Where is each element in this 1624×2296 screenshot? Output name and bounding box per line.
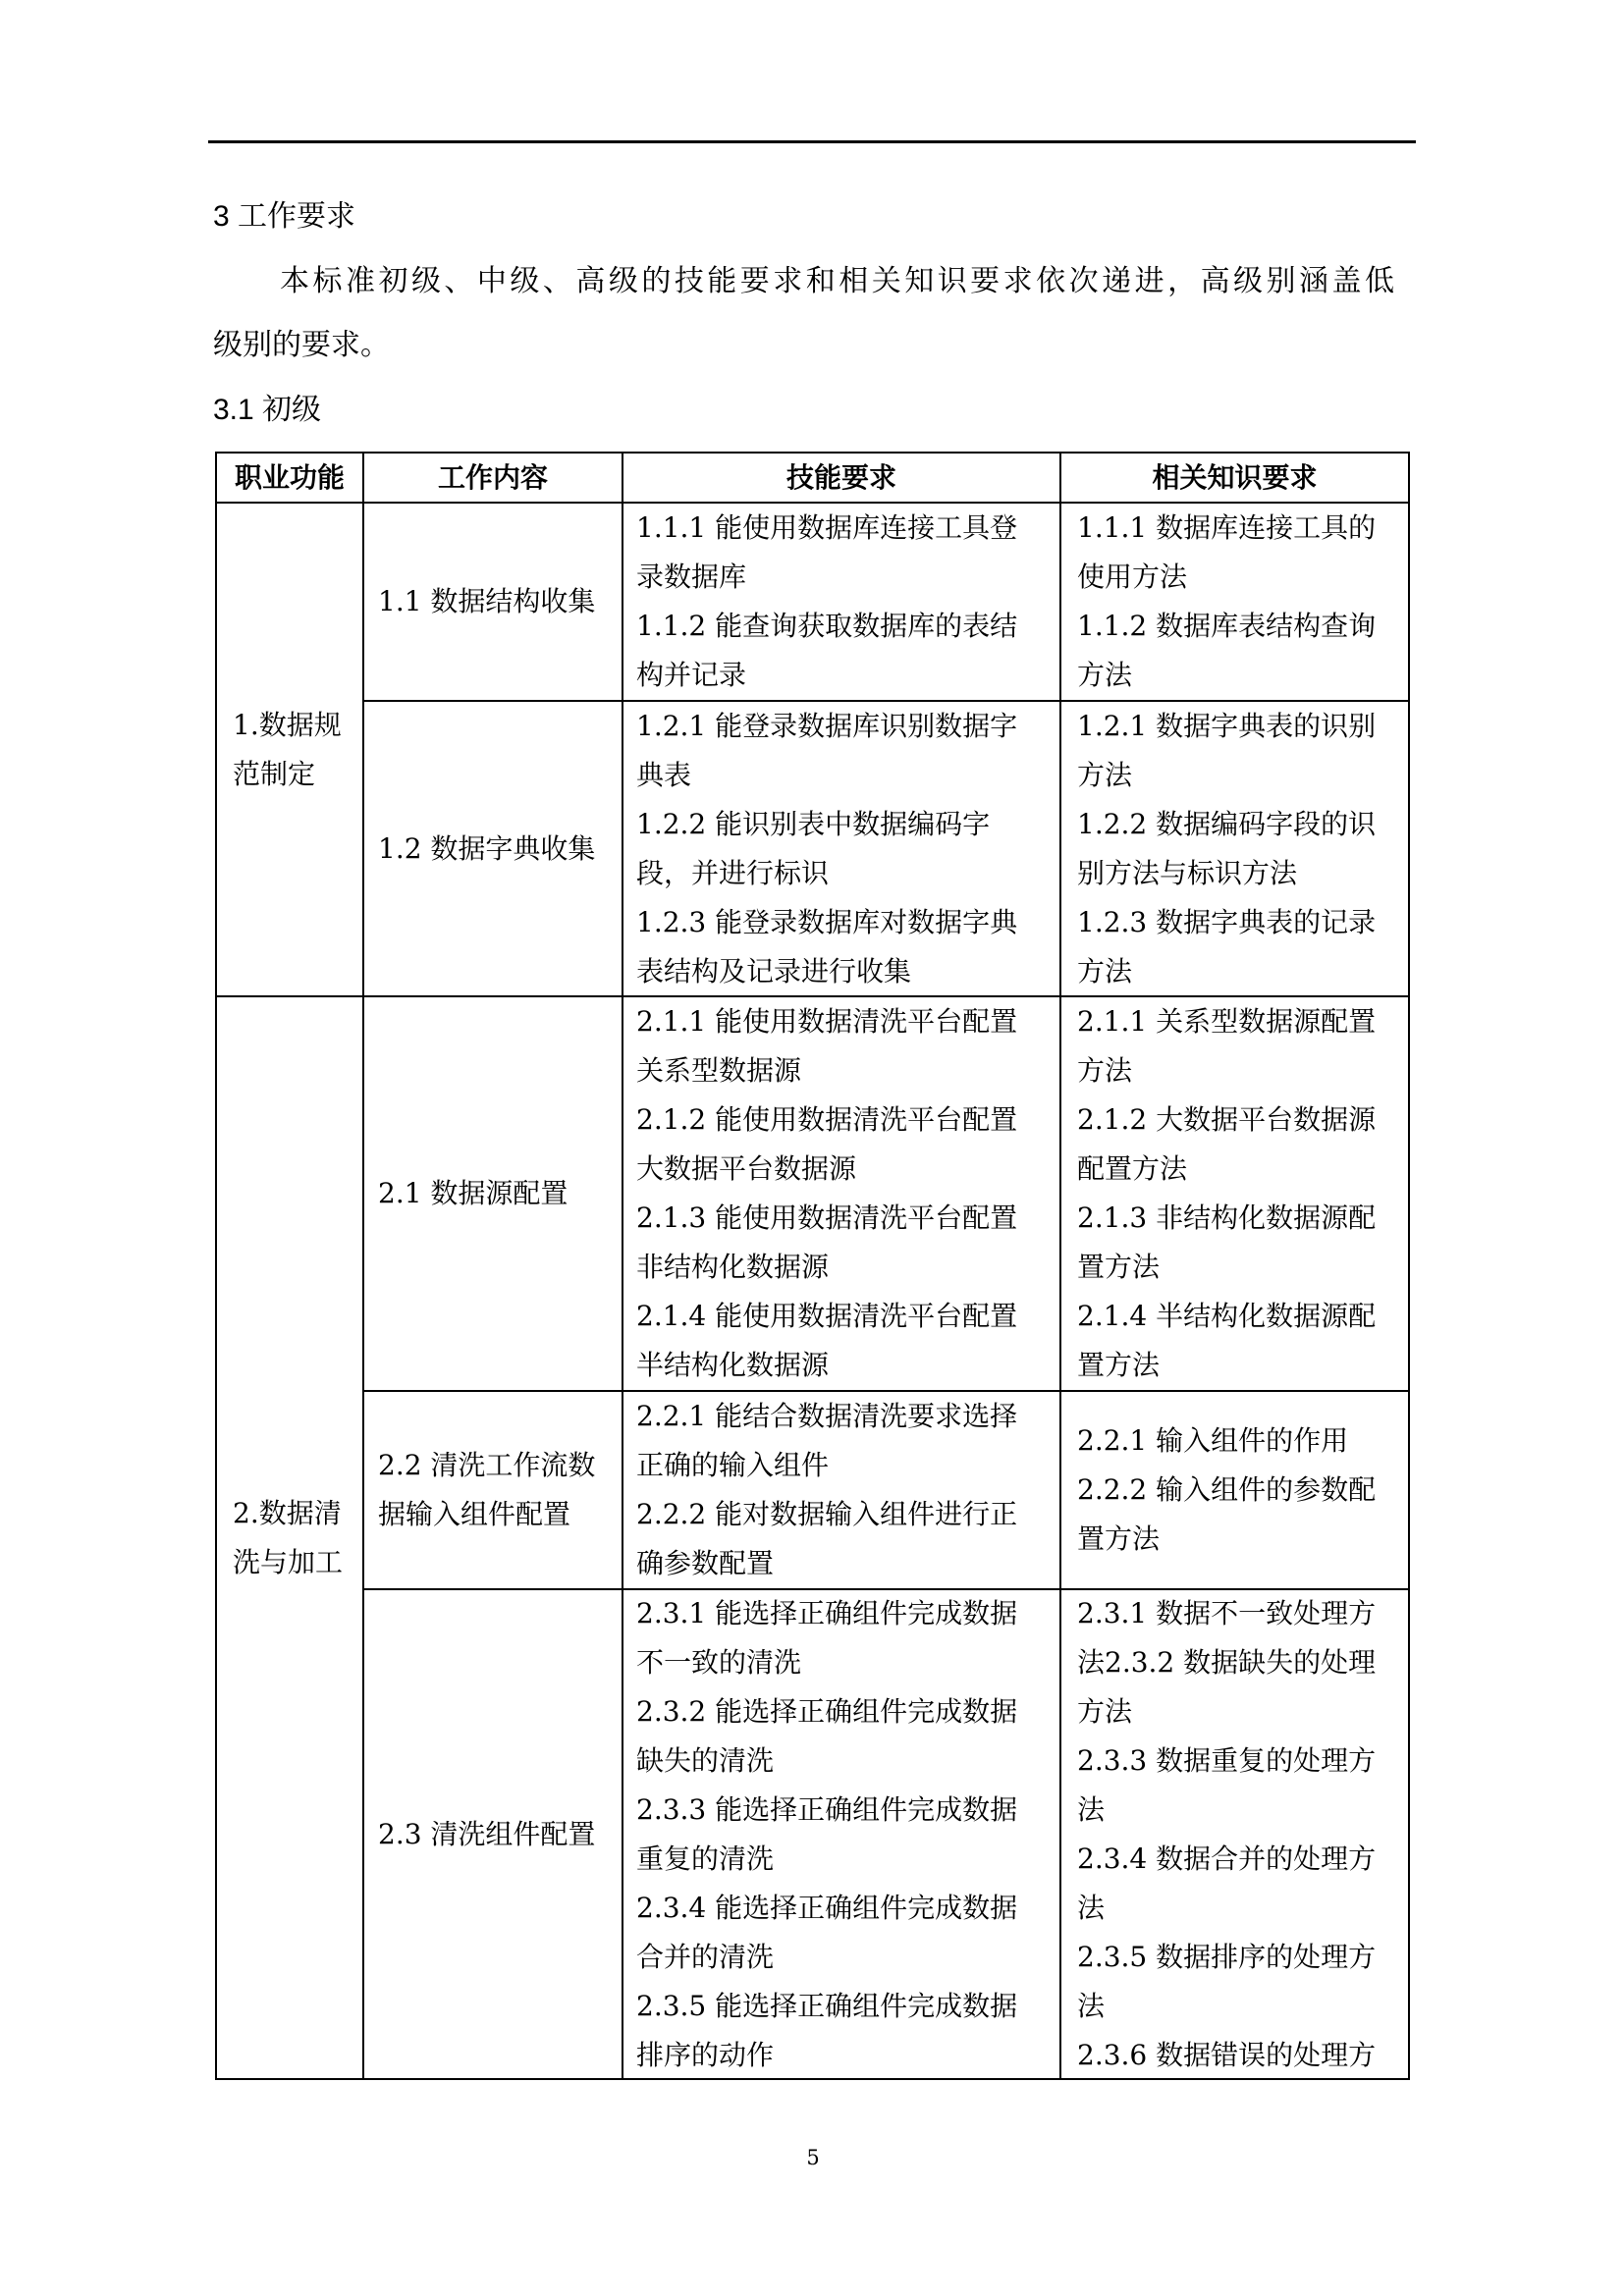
cell-line: 2.1.4 半结构化数据源配 xyxy=(1077,1292,1408,1341)
cell-line: 配置方法 xyxy=(1077,1145,1408,1194)
cell-line: 构并记录 xyxy=(636,651,1059,700)
cell-line: 2.3 清洗组件配置 xyxy=(378,1810,622,1859)
knowledge-cell: 2.2.1 输入组件的作用 2.2.2 输入组件的参数配 置方法 xyxy=(1059,1390,1410,1590)
cell-line: 使用方法 xyxy=(1077,553,1408,602)
cell-line: 1.2.3 数据字典表的记录 xyxy=(1077,898,1408,947)
cell-line: 段，并进行标识 xyxy=(636,849,1059,898)
cell-line: 1.1.1 能使用数据库连接工具登 xyxy=(636,504,1059,553)
skills-cell: 2.2.1 能结合数据清洗要求选择 正确的输入组件 2.2.2 能对数据输入组件… xyxy=(622,1390,1061,1590)
cell-line: 2.3.4 能选择正确组件完成数据 xyxy=(636,1884,1059,1933)
cell-line: 确参数配置 xyxy=(636,1539,1059,1588)
cell-line: 2.1.2 大数据平台数据源 xyxy=(1077,1095,1408,1145)
intro-paragraph-line-2: 级别的要求。 xyxy=(213,326,390,365)
cell-line: 置方法 xyxy=(1077,1243,1408,1292)
cell-line: 2.3.5 数据排序的处理方 xyxy=(1077,1933,1408,1982)
cell-line: 据输入组件配置 xyxy=(378,1490,622,1539)
cell-line: 置方法 xyxy=(1077,1341,1408,1390)
header-knowledge-requirements: 相关知识要求 xyxy=(1059,452,1410,504)
cell-line: 2.3.5 能选择正确组件完成数据 xyxy=(636,1982,1059,2031)
cell-line: 2.2.1 能结合数据清洗要求选择 xyxy=(636,1392,1059,1441)
cell-line: 1.2.1 数据字典表的识别 xyxy=(1077,702,1408,751)
cell-line: 1.2.2 数据编码字段的识 xyxy=(1077,800,1408,849)
header-skill-requirements: 技能要求 xyxy=(622,452,1061,504)
cell-line: 2.1.3 能使用数据清洗平台配置 xyxy=(636,1194,1059,1243)
header-rule xyxy=(208,140,1416,143)
work-content-cell: 2.1 数据源配置 xyxy=(362,995,623,1392)
cell-line: 2.1.1 关系型数据源配置 xyxy=(1077,997,1408,1046)
cell-line: 方法 xyxy=(1077,651,1408,700)
cell-line: 2.2.2 输入组件的参数配 xyxy=(1077,1466,1408,1515)
skills-cell: 1.2.1 能登录数据库识别数据字 典表 1.2.2 能识别表中数据编码字 段，… xyxy=(622,700,1061,997)
cell-line: 方法 xyxy=(1077,751,1408,800)
cell-line: 2.2 清洗工作流数 xyxy=(378,1441,622,1490)
header-occupational-function: 职业功能 xyxy=(215,452,364,504)
cell-line: 洗与加工 xyxy=(233,1538,362,1587)
cell-line: 2.3.4 数据合并的处理方 xyxy=(1077,1835,1408,1884)
cell-line: 法 xyxy=(1077,1982,1408,2031)
cell-line: 方法 xyxy=(1077,947,1408,996)
cell-line: 2.3.6 数据错误的处理方 xyxy=(1077,2031,1408,2080)
header-label: 技能要求 xyxy=(786,455,896,501)
cell-line: 半结构化数据源 xyxy=(636,1341,1059,1390)
cell-line: 典表 xyxy=(636,751,1059,800)
header-label: 职业功能 xyxy=(235,455,345,501)
cell-line: 别方法与标识方法 xyxy=(1077,849,1408,898)
header-label: 工作内容 xyxy=(438,455,548,501)
cell-line: 2.3.2 能选择正确组件完成数据 xyxy=(636,1687,1059,1736)
knowledge-cell: 1.1.1 数据库连接工具的 使用方法 1.1.2 数据库表结构查询 方法 xyxy=(1059,502,1410,702)
work-content-cell: 2.2 清洗工作流数 据输入组件配置 xyxy=(362,1390,623,1590)
cell-line: 范制定 xyxy=(233,750,362,799)
page-number: 5 xyxy=(803,2144,823,2171)
cell-line: 1.2 数据字典收集 xyxy=(378,825,622,874)
cell-line: 2.2.2 能对数据输入组件进行正 xyxy=(636,1490,1059,1539)
cell-line: 排序的动作 xyxy=(636,2031,1059,2080)
knowledge-cell: 1.2.1 数据字典表的识别 方法 1.2.2 数据编码字段的识 别方法与标识方… xyxy=(1059,700,1410,997)
cell-line: 重复的清洗 xyxy=(636,1835,1059,1884)
work-content-cell: 1.2 数据字典收集 xyxy=(362,700,623,997)
cell-line: 法 xyxy=(1077,1786,1408,1835)
intro-paragraph-line-1: 本标准初级、中级、高级的技能要求和相关知识要求依次递进，高级别涵盖低 xyxy=(280,262,1394,301)
header-work-content: 工作内容 xyxy=(362,452,623,504)
cell-line: 1.1.2 数据库表结构查询 xyxy=(1077,602,1408,651)
cell-line: 2.3.3 能选择正确组件完成数据 xyxy=(636,1786,1059,1835)
requirements-table: 职业功能 工作内容 技能要求 相关知识要求 1.数据规 范制定 2.数据清 洗与… xyxy=(215,452,1410,2080)
cell-line: 2.3.1 能选择正确组件完成数据 xyxy=(636,1589,1059,1638)
cell-line: 2.1.3 非结构化数据源配 xyxy=(1077,1194,1408,1243)
cell-line: 1.2.3 能登录数据库对数据字典 xyxy=(636,898,1059,947)
cell-line: 法2.3.2 数据缺失的处理 xyxy=(1077,1638,1408,1687)
cell-line: 置方法 xyxy=(1077,1515,1408,1564)
skills-cell: 2.1.1 能使用数据清洗平台配置 关系型数据源 2.1.2 能使用数据清洗平台… xyxy=(622,995,1061,1392)
function-cell-2: 2.数据清 洗与加工 xyxy=(215,995,364,2080)
cell-line: 方法 xyxy=(1077,1687,1408,1736)
cell-line: 1.1.1 数据库连接工具的 xyxy=(1077,504,1408,553)
cell-line: 2.1.2 能使用数据清洗平台配置 xyxy=(636,1095,1059,1145)
cell-line: 缺失的清洗 xyxy=(636,1736,1059,1786)
function-cell-1: 1.数据规 范制定 xyxy=(215,502,364,997)
cell-line: 录数据库 xyxy=(636,553,1059,602)
skills-cell: 2.3.1 能选择正确组件完成数据 不一致的清洗 2.3.2 能选择正确组件完成… xyxy=(622,1588,1061,2080)
section-heading: 3 工作要求 xyxy=(213,197,355,237)
cell-line: 大数据平台数据源 xyxy=(636,1145,1059,1194)
cell-line: 2.3.3 数据重复的处理方 xyxy=(1077,1736,1408,1786)
cell-line: 正确的输入组件 xyxy=(636,1441,1059,1490)
cell-line: 1.2.1 能登录数据库识别数据字 xyxy=(636,702,1059,751)
cell-line: 非结构化数据源 xyxy=(636,1243,1059,1292)
cell-line: 方法 xyxy=(1077,1046,1408,1095)
cell-line: 2.数据清 xyxy=(233,1489,362,1538)
cell-line: 2.1.4 能使用数据清洗平台配置 xyxy=(636,1292,1059,1341)
cell-line: 1.1.2 能查询获取数据库的表结 xyxy=(636,602,1059,651)
cell-line: 2.3.1 数据不一致处理方 xyxy=(1077,1589,1408,1638)
subsection-heading: 3.1 初级 xyxy=(213,391,321,430)
cell-line: 表结构及记录进行收集 xyxy=(636,947,1059,996)
cell-line: 1.数据规 xyxy=(233,701,362,750)
knowledge-cell: 2.1.1 关系型数据源配置 方法 2.1.2 大数据平台数据源 配置方法 2.… xyxy=(1059,995,1410,1392)
work-content-cell: 2.3 清洗组件配置 xyxy=(362,1588,623,2080)
cell-line: 不一致的清洗 xyxy=(636,1638,1059,1687)
cell-line: 关系型数据源 xyxy=(636,1046,1059,1095)
work-content-cell: 1.1 数据结构收集 xyxy=(362,502,623,702)
cell-line: 2.2.1 输入组件的作用 xyxy=(1077,1416,1408,1466)
cell-line: 2.1 数据源配置 xyxy=(378,1169,622,1218)
cell-line: 1.2.2 能识别表中数据编码字 xyxy=(636,800,1059,849)
knowledge-cell: 2.3.1 数据不一致处理方 法2.3.2 数据缺失的处理 方法 2.3.3 数… xyxy=(1059,1588,1410,2080)
cell-line: 合并的清洗 xyxy=(636,1933,1059,1982)
header-label: 相关知识要求 xyxy=(1152,455,1317,501)
cell-line: 2.1.1 能使用数据清洗平台配置 xyxy=(636,997,1059,1046)
cell-line: 1.1 数据结构收集 xyxy=(378,577,622,626)
skills-cell: 1.1.1 能使用数据库连接工具登 录数据库 1.1.2 能查询获取数据库的表结… xyxy=(622,502,1061,702)
cell-line: 法 xyxy=(1077,1884,1408,1933)
